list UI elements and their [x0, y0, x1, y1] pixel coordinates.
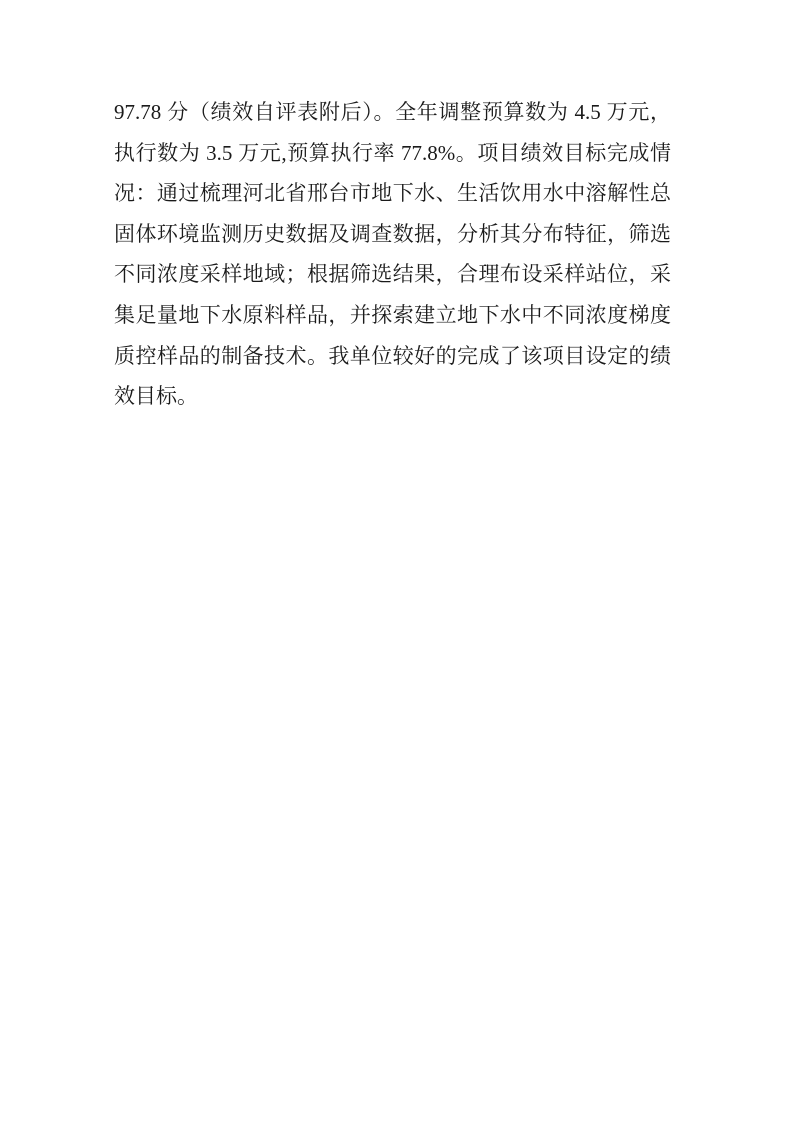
paragraph-line: 质控样品的制备技术。我单位较好的完成了该项目设定的绩: [114, 336, 671, 377]
paragraph-line: 不同浓度采样地域；根据筛选结果，合理布设采样站位，采: [114, 254, 671, 295]
document-page: 97.78 分（绩效自评表附后）。全年调整预算数为 4.5 万元， 执行数为 3…: [0, 0, 793, 1122]
paragraph-line: 执行数为 3.5 万元,预算执行率 77.8%。项目绩效目标完成情: [114, 133, 671, 174]
body-paragraph: 97.78 分（绩效自评表附后）。全年调整预算数为 4.5 万元， 执行数为 3…: [114, 92, 671, 417]
paragraph-line: 效目标。: [114, 376, 671, 417]
paragraph-line: 97.78 分（绩效自评表附后）。全年调整预算数为 4.5 万元，: [114, 92, 671, 133]
paragraph-line: 集足量地下水原料样品，并探索建立地下水中不同浓度梯度: [114, 295, 671, 336]
paragraph-line: 固体环境监测历史数据及调查数据，分析其分布特征，筛选: [114, 214, 671, 255]
paragraph-line: 况：通过梳理河北省邢台市地下水、生活饮用水中溶解性总: [114, 173, 671, 214]
